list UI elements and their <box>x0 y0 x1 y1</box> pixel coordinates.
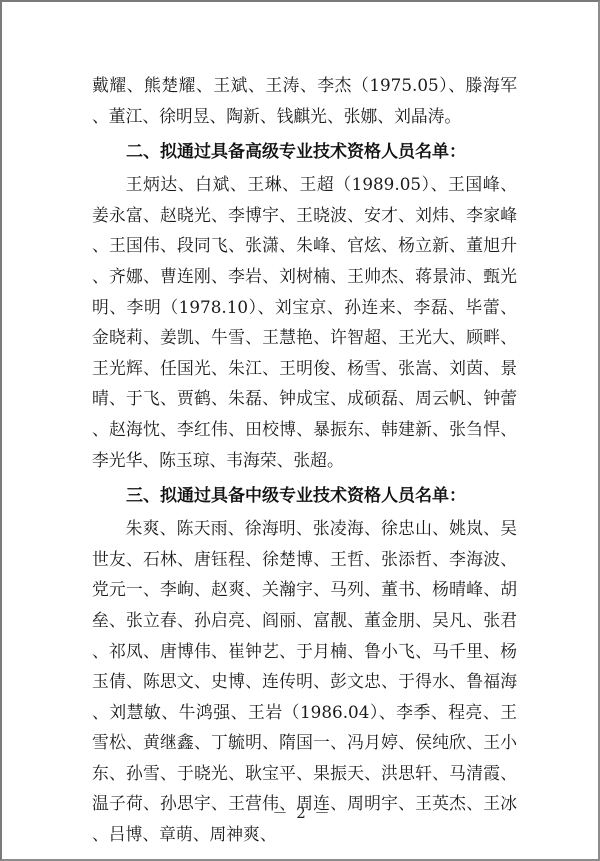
page-number: － 2 － <box>2 802 600 823</box>
intermediate-name-list: 朱爽、陈天雨、徐海明、张凌海、徐忠山、姚岚、吴世友、石林、唐钰程、徐楚博、王哲、… <box>92 513 517 850</box>
document-body: 戴耀、熊楚耀、王斌、王涛、李杰（1975.05）、滕海军、董江、徐明昱、陶新、钱… <box>92 70 517 850</box>
document-page: 戴耀、熊楚耀、王斌、王涛、李杰（1975.05）、滕海军、董江、徐明昱、陶新、钱… <box>0 0 600 861</box>
senior-name-list: 王炳达、白斌、王琳、王超（1989.05）、王国峰、姜永富、赵晓光、李博宇、王晓… <box>92 169 517 475</box>
continued-name-list: 戴耀、熊楚耀、王斌、王涛、李杰（1975.05）、滕海军、董江、徐明昱、陶新、钱… <box>92 70 517 131</box>
section-heading-intermediate: 三、拟通过具备中级专业技术资格人员名单： <box>92 479 517 513</box>
section-heading-senior: 二、拟通过具备高级专业技术资格人员名单： <box>92 135 517 169</box>
